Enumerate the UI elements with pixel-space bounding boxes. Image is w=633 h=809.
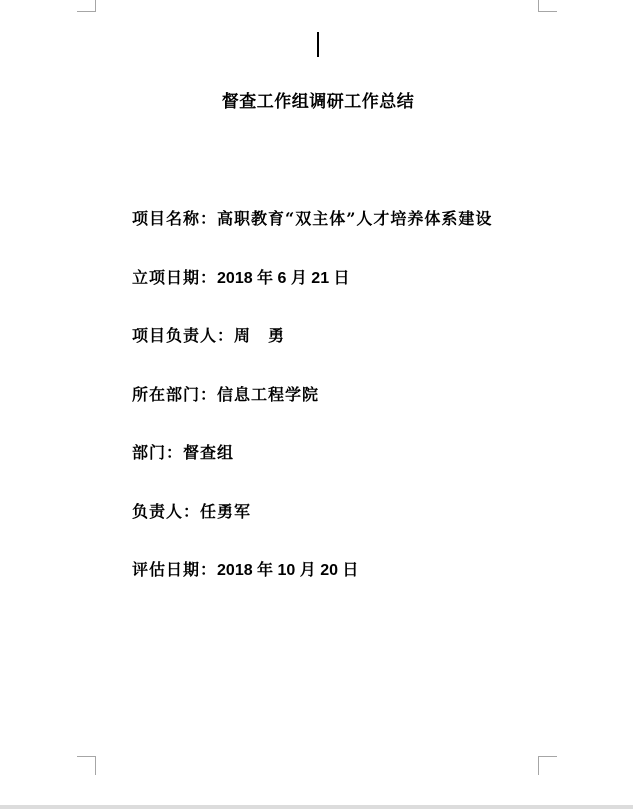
field-start-date: 立项日期：2018 年 6 月 21 日 bbox=[132, 266, 492, 325]
field-value: 2018 年 6 月 21 日 bbox=[217, 270, 350, 287]
margin-corner-top-right bbox=[538, 0, 557, 12]
field-label: 所在部门： bbox=[132, 385, 217, 404]
field-label: 部门： bbox=[132, 443, 183, 462]
field-label: 评估日期： bbox=[132, 560, 217, 579]
field-project-leader: 项目负责人：周 勇 bbox=[132, 324, 492, 383]
field-list: 项目名称：高职教育“双主体”人才培养体系建设 立项日期：2018 年 6 月 2… bbox=[132, 207, 492, 617]
text-cursor bbox=[317, 32, 319, 57]
field-label: 项目名称： bbox=[132, 209, 217, 228]
field-value: 督查组 bbox=[183, 443, 234, 462]
field-inspection-department: 部门：督查组 bbox=[132, 441, 492, 500]
bottom-scroll-band bbox=[0, 805, 633, 809]
field-department: 所在部门：信息工程学院 bbox=[132, 383, 492, 442]
margin-corner-bottom-left bbox=[77, 756, 96, 775]
field-value: 信息工程学院 bbox=[217, 385, 319, 404]
field-value: 周 勇 bbox=[234, 326, 285, 345]
field-label: 负责人： bbox=[132, 502, 200, 521]
margin-corner-top-left bbox=[77, 0, 96, 12]
document-page[interactable]: 督查工作组调研工作总结 项目名称：高职教育“双主体”人才培养体系建设 立项日期：… bbox=[0, 0, 633, 805]
field-value: 任勇军 bbox=[200, 502, 251, 521]
field-evaluation-date: 评估日期：2018 年 10 月 20 日 bbox=[132, 558, 492, 617]
field-responsible-person: 负责人：任勇军 bbox=[132, 500, 492, 559]
field-label: 项目负责人： bbox=[132, 326, 234, 345]
field-value: 高职教育“双主体”人才培养体系建设 bbox=[217, 209, 492, 228]
margin-corner-bottom-right bbox=[538, 756, 557, 775]
field-value: 2018 年 10 月 20 日 bbox=[217, 562, 358, 579]
field-label: 立项日期： bbox=[132, 268, 217, 287]
document-title: 督查工作组调研工作总结 bbox=[0, 90, 633, 114]
field-project-name: 项目名称：高职教育“双主体”人才培养体系建设 bbox=[132, 207, 492, 266]
